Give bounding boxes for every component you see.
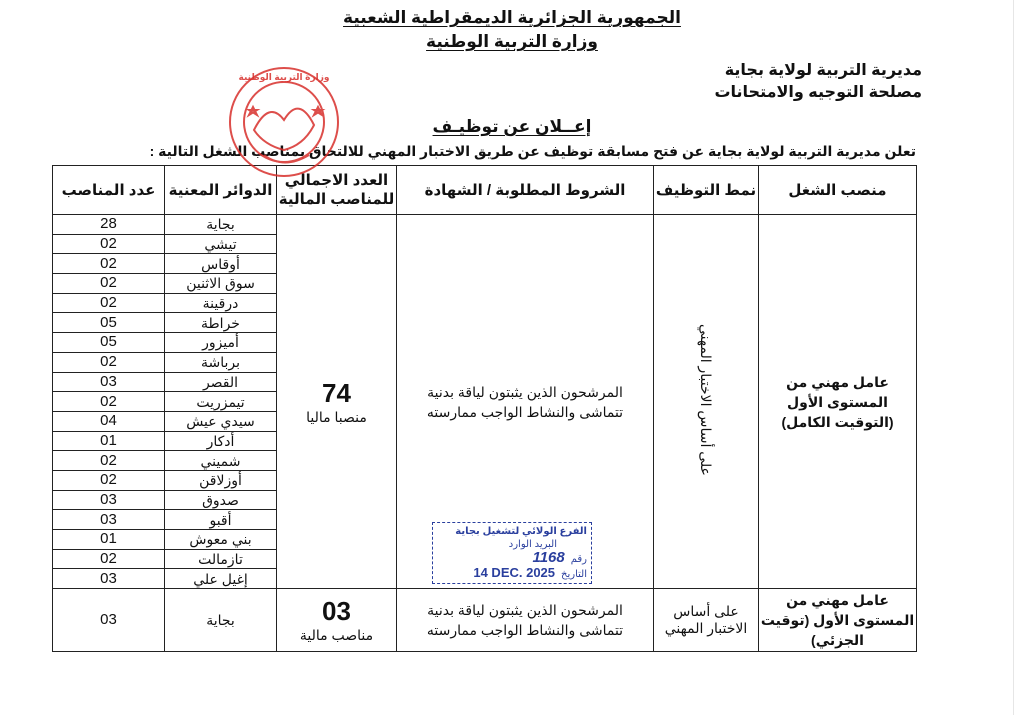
post-count-cell: 01 (53, 431, 165, 451)
district-cell: خراطة (165, 313, 277, 333)
post-count-cell: 05 (53, 333, 165, 353)
mode-cell: على أساس الاختبار المهني (654, 589, 759, 652)
mode-cell: على أساس الاختبار المهني (654, 215, 759, 589)
post-count-cell: 01 (53, 530, 165, 550)
total-posts-number: 03 (277, 596, 396, 626)
svg-text:وزارة التربية الوطنية: وزارة التربية الوطنية (239, 72, 330, 83)
total-posts-label: منصبا ماليا (277, 408, 396, 426)
district-cell: تازمالت (165, 549, 277, 569)
post-count-cell: 02 (53, 392, 165, 412)
post-count-cell: 03 (53, 589, 165, 652)
page-edge (1013, 0, 1014, 715)
announcement-title: إعــلان عن توظيـف (0, 117, 1024, 137)
table-header-row: منصب الشغل نمط التوظيف الشروط المطلوبة /… (53, 166, 917, 215)
post-cell: عامل مهني من المستوى الأول (توقيت الجزئي… (759, 589, 917, 652)
district-cell: القصر (165, 372, 277, 392)
ministry-seal-icon: وزارة التربية الوطنية (214, 60, 364, 178)
district-cell: بجاية (165, 215, 277, 235)
post-cell: عامل مهني من المستوى الأول (التوقيت الكا… (759, 215, 917, 589)
district-cell: شميني (165, 451, 277, 471)
district-cell: درقينة (165, 293, 277, 313)
district-cell: إغيل علي (165, 569, 277, 589)
district-cell: أميزور (165, 333, 277, 353)
post-count-cell: 02 (53, 274, 165, 294)
col-header-mode: نمط التوظيف (654, 166, 759, 215)
post-count-cell: 02 (53, 470, 165, 490)
conditions-cell: المرشحون الذين يثبتون لياقة بدنية تتماشى… (397, 589, 654, 652)
post-count-cell: 03 (53, 490, 165, 510)
post-count-cell: 02 (53, 352, 165, 372)
post-count-cell: 02 (53, 293, 165, 313)
district-cell: أقبو (165, 510, 277, 530)
total-posts-label: مناصب مالية (277, 626, 396, 644)
directorate-block: مديرية التربية لولاية بجاية مصلحة التوجي… (714, 60, 922, 104)
post-count-cell: 02 (53, 234, 165, 254)
district-cell: بني معوش (165, 530, 277, 550)
stamp-header: الفرع الولائي لتشغيل بجاية (437, 525, 587, 538)
stamp-date: 14 DEC. 2025 (473, 566, 555, 579)
stamp-number: 1168 (532, 551, 564, 564)
district-cell: بجاية (165, 589, 277, 652)
district-cell: سيدي عيش (165, 411, 277, 431)
col-header-conditions: الشروط المطلوبة / الشهادة (397, 166, 654, 215)
post-count-cell: 03 (53, 372, 165, 392)
mode-text: على أساس الاختبار المهني (665, 603, 748, 636)
post-count-cell: 04 (53, 411, 165, 431)
republic-heading: الجمهورية الجزائرية الديمقراطية الشعبية (0, 8, 1024, 28)
post-count-cell: 03 (53, 510, 165, 530)
post-count-cell: 03 (53, 569, 165, 589)
post-count-cell: 02 (53, 451, 165, 471)
directorate-name: مديرية التربية لولاية بجاية (714, 60, 922, 82)
col-header-post: منصب الشغل (759, 166, 917, 215)
district-cell: برباشة (165, 352, 277, 372)
district-cell: سوق الاثنين (165, 274, 277, 294)
table-row: عامل مهني من المستوى الأول (التوقيت الكا… (53, 215, 917, 235)
district-cell: تيشي (165, 234, 277, 254)
post-count-cell: 02 (53, 549, 165, 569)
district-cell: تيمزريت (165, 392, 277, 412)
stamp-number-label: رقم (571, 553, 587, 566)
district-cell: أدكار (165, 431, 277, 451)
district-cell: أوقاس (165, 254, 277, 274)
total-posts-cell: 74منصبا ماليا (277, 215, 397, 589)
post-count-cell: 28 (53, 215, 165, 235)
service-name: مصلحة التوجيه والامتحانات (714, 82, 922, 104)
district-cell: أوزلاقن (165, 470, 277, 490)
total-posts-cell: 03مناصب مالية (277, 589, 397, 652)
total-posts-number: 74 (277, 378, 396, 408)
post-count-cell: 05 (53, 313, 165, 333)
district-cell: صدوق (165, 490, 277, 510)
table-row: عامل مهني من المستوى الأول (توقيت الجزئي… (53, 589, 917, 652)
ministry-heading: وزارة التربية الوطنية (0, 32, 1024, 52)
col-header-count: عدد المناصب (53, 166, 165, 215)
post-count-cell: 02 (53, 254, 165, 274)
reception-stamp: الفرع الولائي لتشغيل بجاية البريد الوارد… (432, 522, 592, 582)
mode-text: على أساس الاختبار المهني (698, 324, 714, 476)
stamp-date-label: التاريخ (561, 568, 587, 581)
